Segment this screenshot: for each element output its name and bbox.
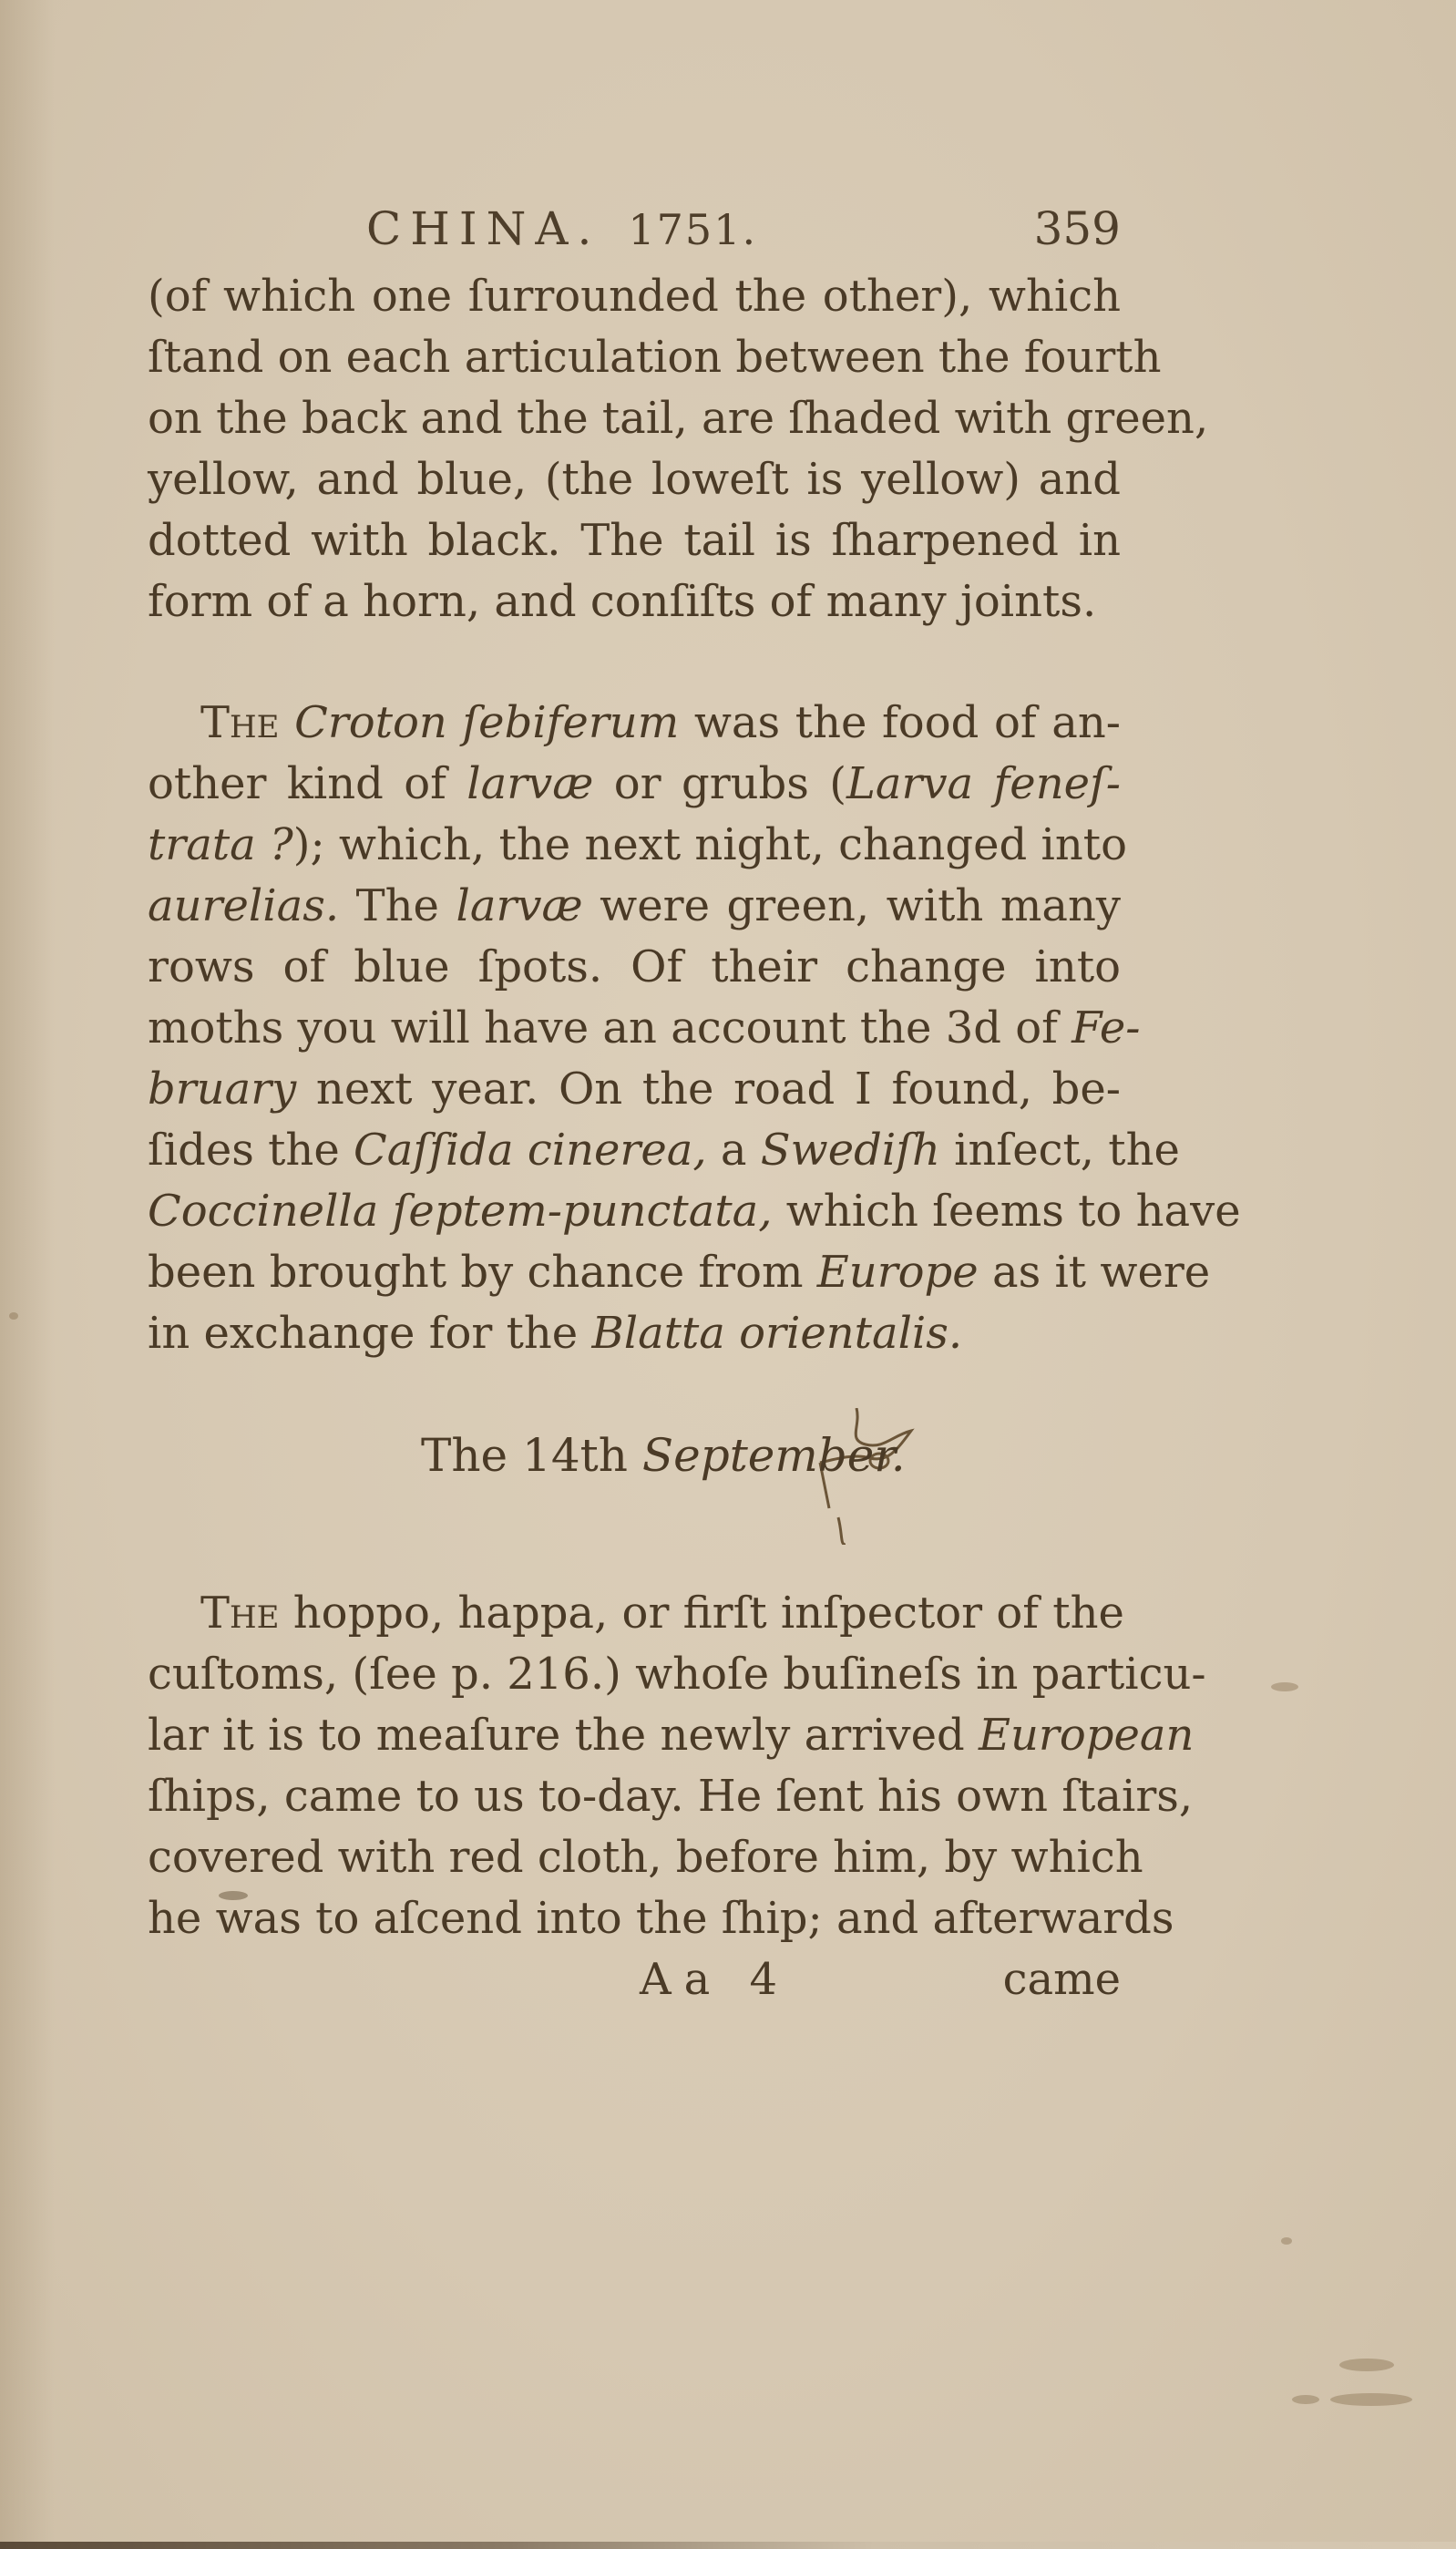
text-line: ſhips, came to us to-day. He ſent his ow… [148, 1766, 1121, 1827]
text-line: other kind of larvæ or grubs (Larva fene… [148, 754, 1121, 815]
paragraph-3: The hoppo, happa, or firſt inſpector of … [148, 1583, 1121, 1949]
text-line: aurelias. The larvæ were green, with man… [148, 876, 1121, 937]
foxing-spot [1271, 1682, 1298, 1691]
paragraph-2: The Croton ſebiferum was the food of an-… [148, 693, 1121, 1364]
text-line: moths you will have an account the 3d of… [148, 998, 1121, 1059]
text-line: (of which one ſurrounded the other), whi… [148, 266, 1121, 327]
text-line: trata ?); which, the next night, changed… [148, 815, 1121, 876]
page-number: 359 [1034, 202, 1121, 255]
text-line: lar it is to meaſure the newly arrived E… [148, 1705, 1121, 1766]
book-page: CHINA.1751. 359 (of which one ſurrounded… [0, 0, 1456, 2549]
running-head-title: CHINA.1751. [366, 202, 757, 255]
foxing-spot [1330, 2393, 1412, 2406]
text-line: rows of blue ſpots. Of their change into [148, 937, 1121, 998]
text-line: on the back and the tail, are ſhaded wit… [148, 388, 1121, 449]
date-heading: The 14th September. [148, 1401, 1121, 1510]
running-head: CHINA.1751. 359 [148, 202, 1121, 266]
signature-mark: Aa 4 [640, 1949, 790, 2010]
text-line: The hoppo, happa, or firſt inſpector of … [148, 1583, 1121, 1644]
text-line: bruary next year. On the road I found, b… [148, 1059, 1121, 1120]
text-line: ſtand on each articulation between the f… [148, 327, 1121, 388]
paragraph-1: (of which one ſurrounded the other), whi… [148, 266, 1121, 632]
text-line: The Croton ſebiferum was the food of an- [148, 693, 1121, 754]
text-line: ſides the Caſſida cinerea, a Swediſh inſ… [148, 1120, 1121, 1181]
gutter-shadow [0, 0, 55, 2549]
foxing-spot [1339, 2359, 1394, 2371]
text-line: covered with red cloth, before him, by w… [148, 1827, 1121, 1888]
text-line: been brought by chance from Europe as it… [148, 1242, 1121, 1303]
running-head-year: 1751. [628, 205, 757, 254]
text-line: cuſtoms, (ſee p. 216.) whoſe buſineſs in… [148, 1644, 1121, 1705]
foxing-spot [9, 1312, 18, 1320]
text-line: in exchange for the Blatta orientalis. [148, 1303, 1121, 1364]
text-line: dotted with black. The tail is ſharpened… [148, 510, 1121, 571]
text-line: form of a horn, and conſiſts of many joi… [148, 571, 1121, 632]
signature-line: Aa 4 came [148, 1949, 1121, 2010]
foxing-spot [1292, 2395, 1319, 2404]
foxing-spot [1281, 2237, 1292, 2245]
catchword: came [1003, 1949, 1121, 2010]
text-line: Coccinella ſeptem-punctata, which ſeems … [148, 1181, 1121, 1242]
page-text: CHINA.1751. 359 (of which one ſurrounded… [148, 202, 1121, 2010]
page-bottom-edge [0, 2542, 1456, 2549]
text-line: yellow, and blue, (the loweſt is yellow)… [148, 449, 1121, 510]
text-line: he was to aſcend into the ſhip; and afte… [148, 1888, 1121, 1949]
